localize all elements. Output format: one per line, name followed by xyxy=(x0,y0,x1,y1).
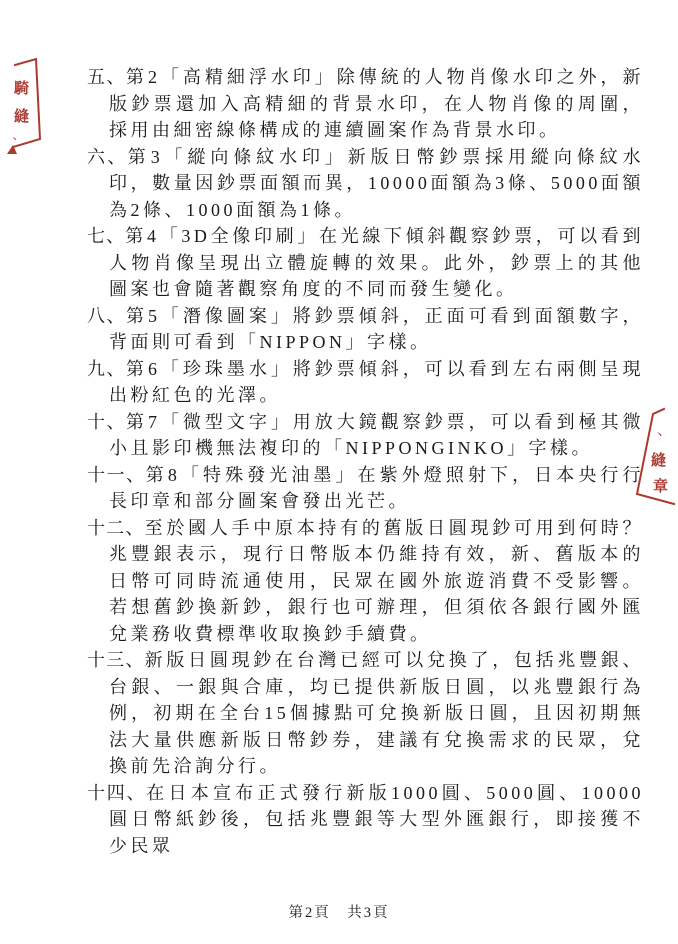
item-text: 第8「特殊發光油墨」在紫外燈照射下，日本央行行長印章和部分圖案會發出光芒。 xyxy=(109,465,644,512)
item-number: 六、 xyxy=(87,147,128,167)
list-item-9: 九、第6「珍珠墨水」將鈔票傾斜，可以看到左右兩側呈現出粉紅色的光澤。 xyxy=(87,356,644,409)
list-item-8: 八、第5「潛像圖案」將鈔票傾斜，正面可看到面額數字，背面則可看到「NIPPON」… xyxy=(87,303,644,356)
item-text: 第3「縱向條紋水印」新版日幣鈔票採用縱向條紋水印，數量因鈔票面額而異，10000… xyxy=(109,147,644,220)
item-number: 五、 xyxy=(87,67,126,87)
item-number: 十二、 xyxy=(87,518,145,538)
item-number: 十四、 xyxy=(87,783,146,803)
list-item-6: 六、第3「縱向條紋水印」新版日幣鈔票採用縱向條紋水印，數量因鈔票面額而異，100… xyxy=(87,144,644,224)
page-footer: 第2頁 共3頁 xyxy=(0,901,678,922)
item-text: 第2「高精細浮水印」除傳統的人物肖像水印之外，新版鈔票還加入高精細的背景水印，在… xyxy=(109,67,644,140)
list-item-12: 十二、至於國人手中原本持有的舊版日圓現鈔可用到何時？兆豐銀表示，現行日幣版本仍維… xyxy=(87,515,644,648)
list-item-7: 七、第4「3D全像印刷」在光線下傾斜觀察鈔票，可以看到人物肖像呈現出立體旋轉的效… xyxy=(87,223,644,303)
list-item-14: 十四、在日本宣布正式發行新版1000圓、5000圓、10000圓日幣紙鈔後，包括… xyxy=(87,780,644,860)
item-text: 新版日圓現鈔在台灣已經可以兌換了，包括兆豐銀、台銀、一銀與合庫，均已提供新版日圓… xyxy=(109,650,644,776)
item-text: 至於國人手中原本持有的舊版日圓現鈔可用到何時？兆豐銀表示，現行日幣版本仍維持有效… xyxy=(109,518,644,644)
item-text: 第5「潛像圖案」將鈔票傾斜，正面可看到面額數字，背面則可看到「NIPPON」字樣… xyxy=(109,306,644,353)
item-number: 十一、 xyxy=(87,465,146,485)
document-body: 五、第2「高精細浮水印」除傳統的人物肖像水印之外，新版鈔票還加入高精細的背景水印… xyxy=(0,64,678,859)
list-item-10: 十、第7「微型文字」用放大鏡觀察鈔票，可以看到極其微小且影印機無法複印的「NIP… xyxy=(87,409,644,462)
item-number: 八、 xyxy=(87,306,126,326)
item-text: 在日本宣布正式發行新版1000圓、5000圓、10000圓日幣紙鈔後，包括兆豐銀… xyxy=(109,783,644,856)
item-number: 十、 xyxy=(87,412,126,432)
item-text: 第7「微型文字」用放大鏡觀察鈔票，可以看到極其微小且影印機無法複印的「NIPPO… xyxy=(109,412,644,459)
item-number: 七、 xyxy=(87,226,125,246)
item-text: 第4「3D全像印刷」在光線下傾斜觀察鈔票，可以看到人物肖像呈現出立體旋轉的效果。… xyxy=(109,226,644,299)
item-number: 十三、 xyxy=(87,650,145,670)
list-item-13: 十三、新版日圓現鈔在台灣已經可以兌換了，包括兆豐銀、台銀、一銀與合庫，均已提供新… xyxy=(87,647,644,780)
scanned-document-page: 騎 縫 、 丶 縫 章 五、第2「高精細浮水印」除傳統的人物肖像水印之外，新版鈔… xyxy=(0,0,678,944)
item-text: 第6「珍珠墨水」將鈔票傾斜，可以看到左右兩側呈現出粉紅色的光澤。 xyxy=(109,359,644,406)
list-item-11: 十一、第8「特殊發光油墨」在紫外燈照射下，日本央行行長印章和部分圖案會發出光芒。 xyxy=(87,462,644,515)
list-item-5: 五、第2「高精細浮水印」除傳統的人物肖像水印之外，新版鈔票還加入高精細的背景水印… xyxy=(87,64,644,144)
page-number-label: 第2頁 共3頁 xyxy=(289,905,390,921)
item-number: 九、 xyxy=(87,359,126,379)
